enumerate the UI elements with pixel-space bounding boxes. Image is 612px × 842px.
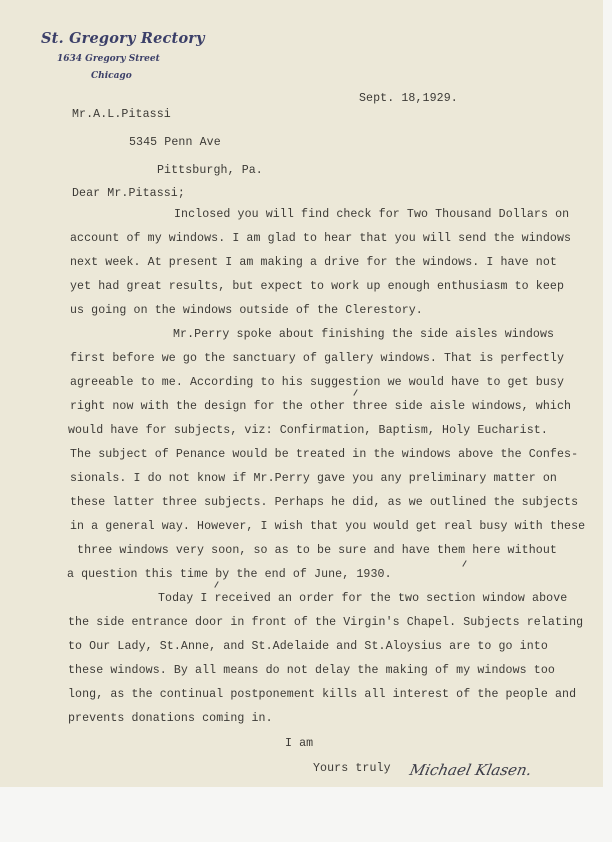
handwritten-comma-mark xyxy=(214,581,218,588)
body-line: Today I received an order for the two se… xyxy=(158,592,567,605)
body-line: The subject of Penance would be treated … xyxy=(70,448,578,461)
signature: Michael Klasen. xyxy=(408,761,533,779)
body-line: us going on the windows outside of the C… xyxy=(70,304,423,317)
body-line: next week. At present I am making a driv… xyxy=(70,256,557,269)
closing-yours-truly: Yours truly xyxy=(313,762,391,775)
body-line: in a general way. However, I wish that y… xyxy=(70,520,585,533)
body-line: sionals. I do not know if Mr.Perry gave … xyxy=(70,472,557,485)
body-line: account of my windows. I am glad to hear… xyxy=(70,232,571,245)
body-line: to Our Lady, St.Anne, and St.Adelaide an… xyxy=(68,640,548,653)
body-line: the side entrance door in front of the V… xyxy=(68,616,583,629)
letterhead-name: St. Gregory Rectory xyxy=(41,30,205,47)
salutation: Dear Mr.Pitassi; xyxy=(72,187,185,200)
body-line: agreeable to me. According to his sugges… xyxy=(70,376,564,389)
body-line: first before we go the sanctuary of gall… xyxy=(70,352,564,365)
letter-date: Sept. 18,1929. xyxy=(359,92,458,105)
letter-page: St. Gregory Rectory 1634 Gregory Street … xyxy=(0,0,603,787)
recipient-street: 5345 Penn Ave xyxy=(129,136,221,149)
recipient-name: Mr.A.L.Pitassi xyxy=(72,108,171,121)
body-line: a question this time by the end of June,… xyxy=(67,568,392,581)
body-line: these latter three subjects. Perhaps he … xyxy=(70,496,578,509)
closing-line: I am xyxy=(285,737,313,750)
recipient-city: Pittsburgh, Pa. xyxy=(157,164,263,177)
letterhead-street: 1634 Gregory Street xyxy=(57,54,160,64)
body-line: three windows very soon, so as to be sur… xyxy=(70,544,557,557)
body-line: yet had great results, but expect to wor… xyxy=(70,280,564,293)
body-line: prevents donations coming in. xyxy=(68,712,273,725)
handwritten-comma-mark xyxy=(353,389,357,396)
body-line: would have for subjects, viz: Confirmati… xyxy=(68,424,548,437)
letterhead-city: Chicago xyxy=(91,71,132,81)
handwritten-comma-mark xyxy=(462,560,466,567)
body-line: Mr.Perry spoke about finishing the side … xyxy=(173,328,554,341)
body-line: right now with the design for the other … xyxy=(70,400,571,413)
body-line: these windows. By all means do not delay… xyxy=(68,664,555,677)
body-line: Inclosed you will find check for Two Tho… xyxy=(174,208,569,221)
body-line: long, as the continual postponement kill… xyxy=(68,688,576,701)
